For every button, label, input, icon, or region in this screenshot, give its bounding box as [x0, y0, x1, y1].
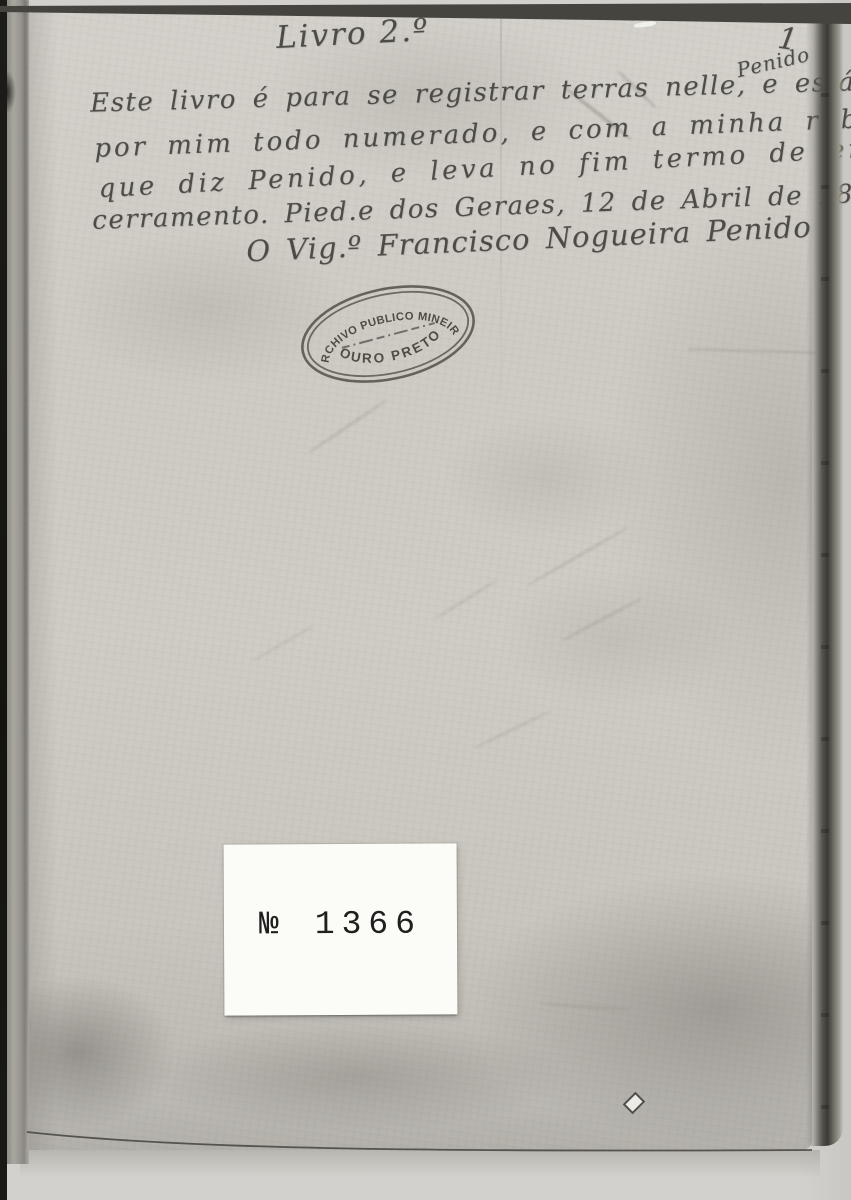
catalog-number: 1366	[315, 906, 422, 944]
numero-sign: №	[259, 906, 279, 943]
page-bottom-shadow	[20, 1150, 820, 1178]
document-scan: Livro 2.º 1 Penido Este livro é para se …	[0, 0, 851, 1200]
catalog-number-label: № 1366	[224, 843, 458, 1015]
archive-oval-stamp: ARCHIVO PUBLICO MINEIRO OURO PRETO	[283, 274, 493, 398]
page-block-edges	[806, 5, 843, 1146]
gutter-crease	[24, 0, 28, 1150]
catalog-number-text: № 1366	[224, 905, 457, 943]
book-spine-edge	[0, 0, 7, 1200]
